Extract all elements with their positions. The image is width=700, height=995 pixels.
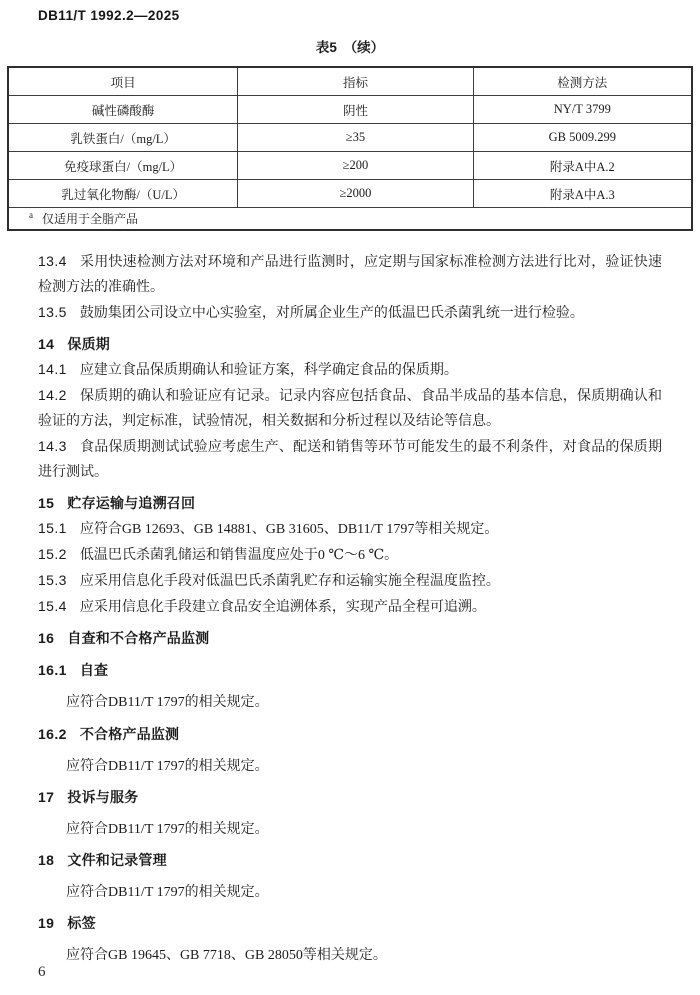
paragraph: 应符合GB 19645、GB 7718、GB 28050等相关规定。 — [38, 943, 662, 968]
table-cell-item: 免疫球蛋白/（mg/L） — [8, 152, 238, 180]
section-title: 自查和不合格产品监测 — [67, 630, 209, 646]
clause-text: 鼓励集团公司设立中心实验室，对所属企业生产的低温巴氏杀菌乳统一进行检验。 — [80, 306, 584, 321]
clause-14-2: 14.2保质期的确认和验证应有记录。记录内容应包括食品、食品半成品的基本信息，保… — [38, 383, 662, 434]
table-cell-method: GB 5009.299 — [473, 124, 692, 152]
paragraph: 应符合DB11/T 1797的相关规定。 — [38, 880, 662, 905]
column-header-method: 检测方法 — [473, 67, 692, 96]
clause-text: 保质期的确认和验证应有记录。记录内容应包括食品、食品半成品的基本信息，保质期确认… — [38, 389, 662, 429]
section-title: 自查 — [80, 662, 108, 678]
section-number: 15 — [38, 495, 54, 511]
clause-number: 13.4 — [38, 253, 67, 269]
section-heading-17: 17投诉与服务 — [38, 785, 662, 810]
clause-13-5: 13.5鼓励集团公司设立中心实验室，对所属企业生产的低温巴氏杀菌乳统一进行检验。 — [38, 300, 662, 326]
paragraph: 应符合DB11/T 1797的相关规定。 — [38, 690, 662, 715]
clause-text: 采用快速检测方法对环境和产品进行监测时，应定期与国家标准检测方法进行比对，验证快… — [38, 255, 662, 295]
clause-number: 15.1 — [38, 520, 67, 536]
clause-number: 15.3 — [38, 572, 67, 588]
section-title: 标签 — [67, 915, 95, 931]
clause-text: 应符合GB 12693、GB 14881、GB 31605、DB11/T 179… — [80, 522, 498, 537]
table-row: 乳过氧化物酶/（U/L） ≥2000 附录A中A.3 — [8, 180, 692, 208]
clause-number: 14.3 — [38, 438, 67, 454]
table-row: 乳铁蛋白/（mg/L） ≥35 GB 5009.299 — [8, 124, 692, 152]
table-cell-indicator: ≥35 — [238, 124, 473, 152]
section-title: 保质期 — [67, 336, 110, 352]
clause-number: 13.5 — [38, 304, 67, 320]
clause-15-4: 15.4应采用信息化手段建立食品安全追溯体系，实现产品全程可追溯。 — [38, 594, 662, 620]
section-title: 贮存运输与追溯召回 — [67, 495, 195, 511]
section-heading-16: 16自查和不合格产品监测 — [38, 626, 662, 651]
clause-number: 15.4 — [38, 598, 67, 614]
clause-text: 应采用信息化手段对低温巴氏杀菌乳贮存和运输实施全程温度监控。 — [80, 574, 500, 589]
clause-number: 14.1 — [38, 361, 67, 377]
clause-text: 食品保质期测试试验应考虑生产、配送和销售等环节可能发生的最不利条件，对食品的保质… — [38, 440, 662, 480]
paragraph: 应符合DB11/T 1797的相关规定。 — [38, 817, 662, 842]
section-number: 18 — [38, 852, 54, 868]
table-caption: 表5 （续） — [38, 36, 662, 56]
table-row: 碱性磷酸酶 阴性 NY/T 3799 — [8, 96, 692, 124]
table-footnote-row: a仅适用于全脂产品 — [8, 208, 692, 231]
table-cell-method: NY/T 3799 — [473, 96, 692, 124]
subsection-heading-16-2: 16.2不合格产品监测 — [38, 722, 662, 747]
section-heading-15: 15贮存运输与追溯召回 — [38, 491, 662, 516]
section-number: 16.1 — [38, 662, 67, 678]
clause-15-1: 15.1应符合GB 12693、GB 14881、GB 31605、DB11/T… — [38, 516, 662, 542]
table-cell-indicator: 阴性 — [238, 96, 473, 124]
section-number: 16.2 — [38, 726, 67, 742]
clause-text: 应采用信息化手段建立食品安全追溯体系，实现产品全程可追溯。 — [80, 600, 486, 615]
section-number: 16 — [38, 630, 54, 646]
doc-code: DB11/T 1992.2—2025 — [38, 8, 662, 23]
table-row: 免疫球蛋白/（mg/L） ≥200 附录A中A.2 — [8, 152, 692, 180]
table-footnote-cell: a仅适用于全脂产品 — [8, 208, 692, 231]
clause-13-4: 13.4采用快速检测方法对环境和产品进行监测时，应定期与国家标准检测方法进行比对… — [38, 249, 662, 300]
section-title: 文件和记录管理 — [67, 852, 166, 868]
section-heading-18: 18文件和记录管理 — [38, 848, 662, 873]
section-heading-14: 14保质期 — [38, 332, 662, 357]
section-title: 投诉与服务 — [67, 789, 138, 805]
table-cell-item: 乳铁蛋白/（mg/L） — [8, 124, 238, 152]
column-header-item: 项目 — [8, 67, 238, 96]
table-cell-item: 乳过氧化物酶/（U/L） — [8, 180, 238, 208]
footnote-text: 仅适用于全脂产品 — [42, 212, 138, 226]
page-number: 6 — [38, 964, 46, 981]
section-number: 19 — [38, 915, 54, 931]
clause-15-3: 15.3应采用信息化手段对低温巴氏杀菌乳贮存和运输实施全程温度监控。 — [38, 568, 662, 594]
table-cell-method: 附录A中A.2 — [473, 152, 692, 180]
clause-14-1: 14.1应建立食品保质期确认和验证方案，科学确定食品的保质期。 — [38, 357, 662, 383]
subsection-heading-16-1: 16.1自查 — [38, 658, 662, 683]
document-body: 13.4采用快速检测方法对环境和产品进行监测时，应定期与国家标准检测方法进行比对… — [38, 249, 662, 968]
document-page: DB11/T 1992.2—2025 表5 （续） 项目 指标 检测方法 碱性磷… — [0, 0, 700, 995]
table-cell-item: 碱性磷酸酶 — [8, 96, 238, 124]
paragraph: 应符合DB11/T 1797的相关规定。 — [38, 754, 662, 779]
section-title: 不合格产品监测 — [80, 726, 179, 742]
section-number: 17 — [38, 789, 54, 805]
column-header-indicator: 指标 — [238, 67, 473, 96]
clause-text: 应建立食品保质期确认和验证方案，科学确定食品的保质期。 — [80, 363, 458, 378]
clause-text: 低温巴氏杀菌乳储运和销售温度应处于0 ℃～6 ℃。 — [80, 548, 398, 563]
section-heading-19: 19标签 — [38, 911, 662, 936]
section-number: 14 — [38, 336, 54, 352]
footnote-marker: a — [29, 210, 33, 220]
table-cell-indicator: ≥200 — [238, 152, 473, 180]
spec-table: 项目 指标 检测方法 碱性磷酸酶 阴性 NY/T 3799 乳铁蛋白/（mg/L… — [7, 66, 693, 231]
table-header-row: 项目 指标 检测方法 — [8, 67, 692, 96]
clause-number: 15.2 — [38, 546, 67, 562]
clause-15-2: 15.2低温巴氏杀菌乳储运和销售温度应处于0 ℃～6 ℃。 — [38, 542, 662, 568]
table-cell-method: 附录A中A.3 — [473, 180, 692, 208]
clause-14-3: 14.3食品保质期测试试验应考虑生产、配送和销售等环节可能发生的最不利条件，对食… — [38, 434, 662, 485]
table-cell-indicator: ≥2000 — [238, 180, 473, 208]
clause-number: 14.2 — [38, 387, 67, 403]
